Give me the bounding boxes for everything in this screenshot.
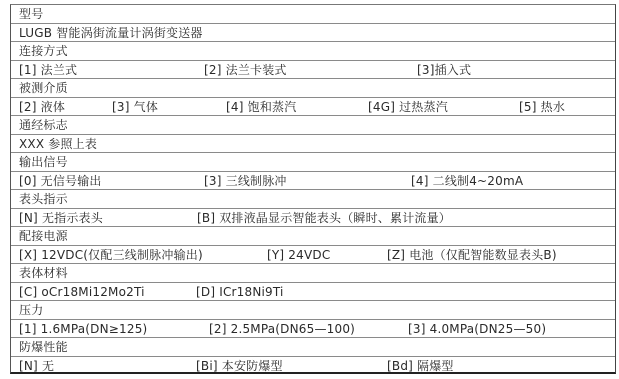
option-item: [5] 热水: [519, 99, 565, 115]
option-item: [1] 1.6MPa(DN≥125): [19, 321, 147, 337]
section-header-row: 表头指示: [11, 190, 615, 209]
section-title: 输出信号: [19, 154, 68, 170]
option-item: [3]插入式: [417, 62, 471, 78]
option-item: [4G] 过热蒸汽: [368, 99, 448, 115]
option-item: LUGB 智能涡街流量计涡街变送器: [19, 25, 203, 41]
section-header-row: 防爆性能: [11, 338, 615, 357]
option-item: [N] 无指示表头: [19, 210, 103, 226]
option-row: [X] 12VDC(仅配三线制脉冲输出)[Y] 24VDC[Z] 电池（仅配智能…: [11, 246, 615, 265]
section-header-row: 连接方式: [11, 42, 615, 61]
option-item: [N] 无: [19, 358, 54, 374]
option-item: [Bd] 隔爆型: [387, 358, 454, 374]
option-item: [2] 液体: [19, 99, 65, 115]
section-header-row: 压力: [11, 301, 615, 320]
option-row: [0] 无信号输出[3] 三线制脉冲[4] 二线制4~20mA: [11, 172, 615, 191]
option-item: [Z] 电池（仅配智能数显表头B): [387, 247, 557, 263]
section-title: 型号: [19, 6, 43, 22]
section-title: 被测介质: [19, 80, 68, 96]
option-row: LUGB 智能涡街流量计涡街变送器: [11, 24, 615, 43]
section-header-row: 被测介质: [11, 79, 615, 98]
option-item: [2] 2.5MPa(DN65—100): [209, 321, 355, 337]
option-item: [D] ICr18Ni9Ti: [196, 284, 284, 300]
model-selection-table: 型号LUGB 智能涡街流量计涡街变送器连接方式[1] 法兰式[2] 法兰卡装式[…: [10, 4, 616, 374]
option-row: [C] oCr18Mi12Mo2Ti[D] ICr18Ni9Ti: [11, 283, 615, 302]
option-item: [2] 法兰卡装式: [204, 62, 287, 78]
option-item: [0] 无信号输出: [19, 173, 102, 189]
option-item: [3] 三线制脉冲: [204, 173, 287, 189]
section-title: 表头指示: [19, 191, 68, 207]
option-item: [1] 法兰式: [19, 62, 77, 78]
section-title: 连接方式: [19, 43, 68, 59]
option-item: [Bi] 本安防爆型: [196, 358, 283, 374]
option-item: [C] oCr18Mi12Mo2Ti: [19, 284, 145, 300]
section-title: 压力: [19, 302, 43, 318]
section-title: 配接电源: [19, 228, 68, 244]
option-item: [4] 饱和蒸汽: [226, 99, 296, 115]
option-row: [N] 无指示表头[B] 双排液晶显示智能表头（瞬时、累计流量）: [11, 209, 615, 228]
section-title: 表体材料: [19, 265, 68, 281]
section-header-row: 输出信号: [11, 153, 615, 172]
option-item: [B] 双排液晶显示智能表头（瞬时、累计流量）: [197, 210, 451, 226]
section-title: 防爆性能: [19, 339, 68, 355]
option-item: [4] 二线制4~20mA: [411, 173, 523, 189]
section-header-row: 配接电源: [11, 227, 615, 246]
option-row: [N] 无[Bi] 本安防爆型[Bd] 隔爆型: [11, 357, 615, 376]
option-item: [3] 气体: [112, 99, 158, 115]
option-item: [X] 12VDC(仅配三线制脉冲输出): [19, 247, 203, 263]
option-row: [2] 液体[3] 气体[4] 饱和蒸汽[4G] 过热蒸汽[5] 热水: [11, 98, 615, 117]
option-row: [1] 法兰式[2] 法兰卡装式[3]插入式: [11, 61, 615, 80]
option-item: [3] 4.0MPa(DN25—50): [408, 321, 546, 337]
section-header-row: 型号: [11, 5, 615, 24]
option-item: [Y] 24VDC: [267, 247, 330, 263]
option-row: [1] 1.6MPa(DN≥125)[2] 2.5MPa(DN65—100)[3…: [11, 320, 615, 339]
option-row: XXX 参照上表: [11, 135, 615, 154]
section-title: 通经标志: [19, 117, 68, 133]
section-header-row: 表体材料: [11, 264, 615, 283]
option-item: XXX 参照上表: [19, 136, 97, 152]
section-header-row: 通经标志: [11, 116, 615, 135]
